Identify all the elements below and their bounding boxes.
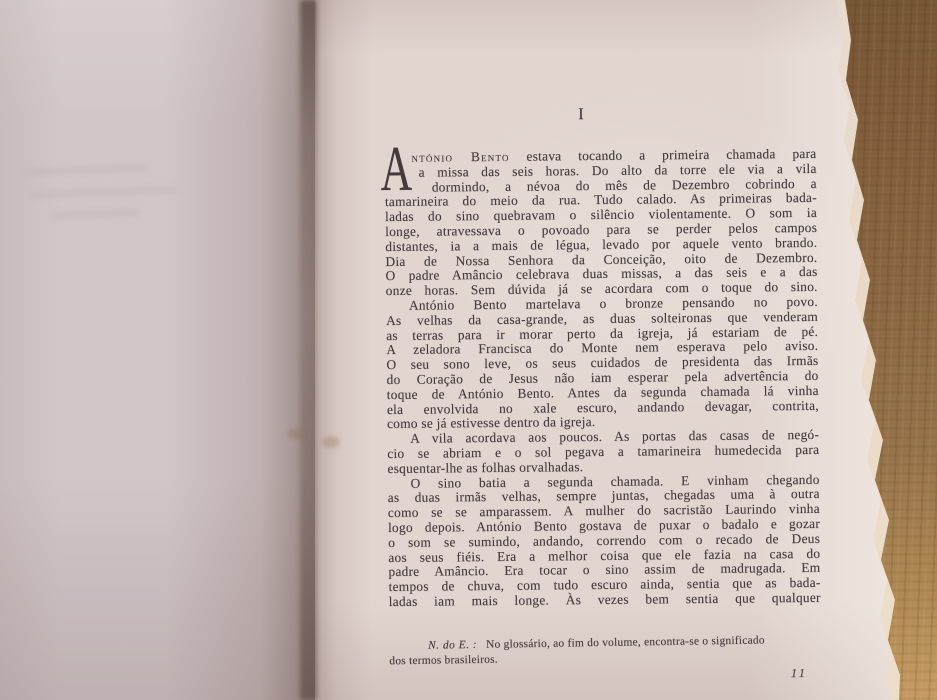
page-text-block: I A ntónio Bento estava tocando a primei… [384,103,822,685]
small-caps-name: ntónio Bento [411,149,509,165]
left-page-blank-verso [0,0,317,700]
drop-cap-letter: A [380,137,412,201]
show-through-smudge [22,164,150,176]
show-through-smudge [48,208,140,219]
page-number: 11 [389,666,821,685]
paragraph-lines: A vila acordava aos poucos. As portas da… [387,428,819,477]
right-page: I A ntónio Bento estava tocando a primei… [315,0,915,700]
paragraph-lines: O sino batia a segunda chamada. E vinham… [388,472,821,609]
paper-stain [322,436,340,448]
paragraph-lines: tamarineira do meio da rua. Tudo calado.… [385,191,818,299]
footnote-label: N. do E. : [428,639,477,652]
book-photo: { "book": { "heading": "I", "p1": { "dro… [0,0,937,700]
show-through-smudge [30,185,178,198]
paragraph-2: António Bento martelava o bronze pensand… [386,295,819,432]
footnote-text: No glossário, ao fim do volume, encontra… [486,634,765,650]
text-line: ladas iam mais longe. Às vezes bem senti… [389,591,821,610]
paragraph-1: A ntónio Bento estava tocando a primeira… [384,147,817,299]
paragraph-4: O sino batia a segunda chamada. E vinham… [388,472,821,609]
footnote: N. do E. :No glossário, ao fim do volume… [389,632,821,668]
paragraph-3: A vila acordava aos poucos. As portas da… [387,428,819,477]
paper-stain [288,428,304,439]
paragraph-lines: António Bento martelava o bronze pensand… [386,295,819,432]
book-gutter-shadow [300,0,317,700]
chapter-heading: I [384,103,816,125]
